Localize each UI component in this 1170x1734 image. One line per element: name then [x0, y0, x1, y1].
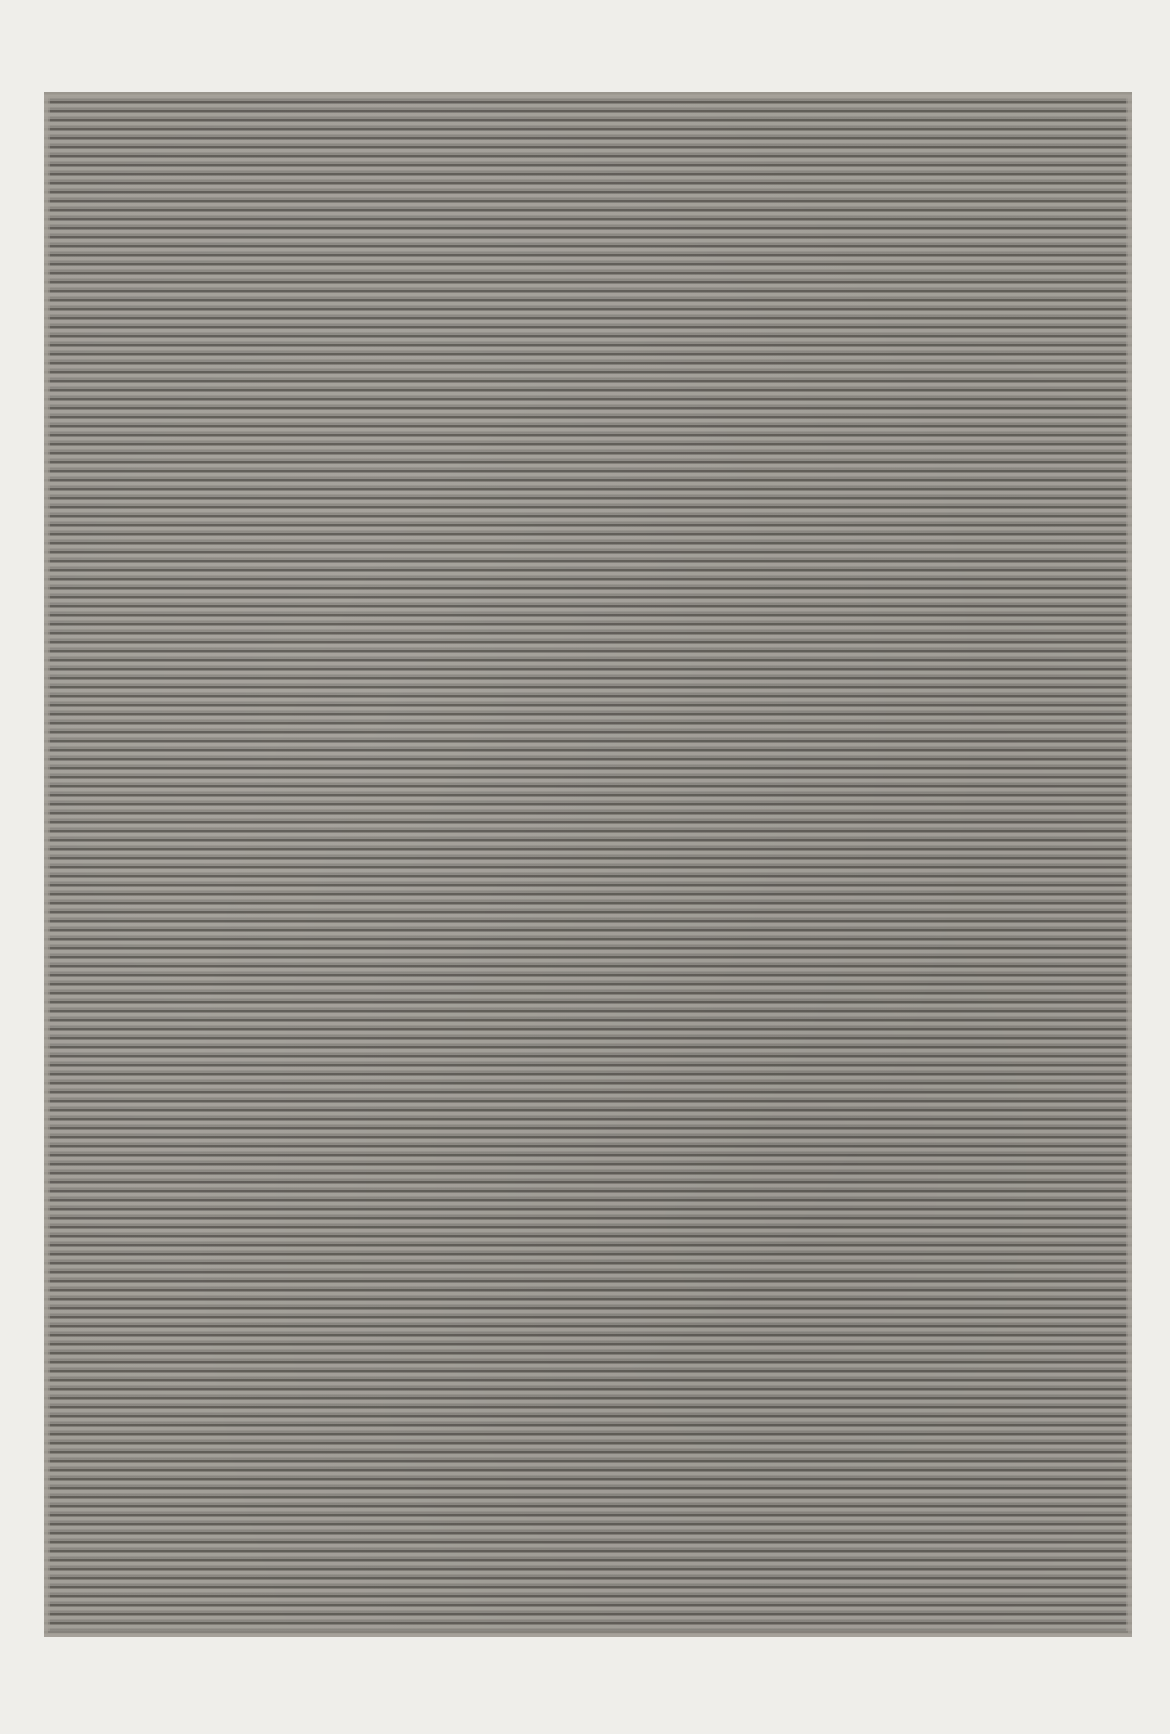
- rug-product-image: Gray ribbed wool rug, top-down product p…: [44, 92, 1132, 1637]
- rug-edge-binding: [44, 92, 1132, 1637]
